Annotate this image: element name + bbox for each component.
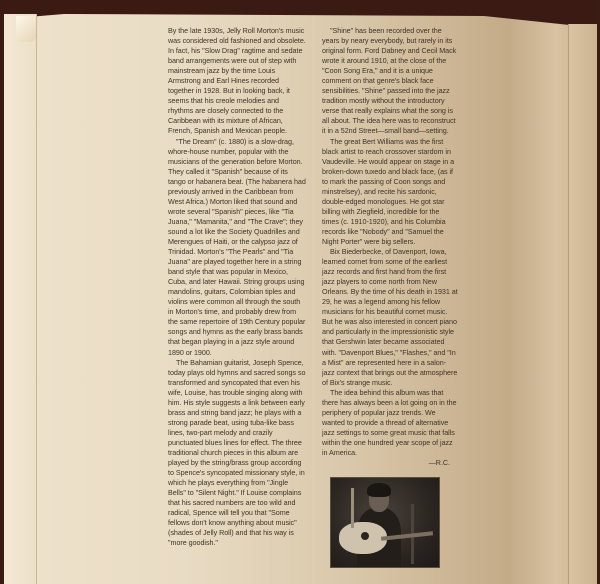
left-text-column: By the late 1930s, Jelly Roll Morton's m… [168,26,306,548]
right-fold [568,24,597,584]
signature: —R.C. [322,458,458,468]
folded-corner [16,16,36,42]
photo-figure-hair [367,483,391,497]
paragraph-morton-intro: By the late 1930s, Jelly Roll Morton's m… [168,26,306,137]
microphone-icon [351,488,354,528]
guitarist-photo [330,477,440,568]
paragraph-album-idea: The idea behind this album was that ther… [322,388,458,458]
left-fold [4,14,37,584]
paragraph-bert-williams: The great Bert Williams was the first bl… [322,137,458,248]
paragraph-joseph-spence: The Bahamian guitarist, Joseph Spence, t… [168,358,306,549]
paragraph-bix-biederbecke: Bix Biederbecke, of Davenport, Iowa, lea… [322,247,458,388]
right-text-column: "Shine" has been recorded over the years… [322,26,458,468]
paragraph-shine: "Shine" has been recorded over the years… [322,26,458,137]
guitar-soundhole [361,532,369,540]
paragraph-the-dream: "The Dream" (c. 1880) is a slow-drag, wh… [168,137,306,358]
